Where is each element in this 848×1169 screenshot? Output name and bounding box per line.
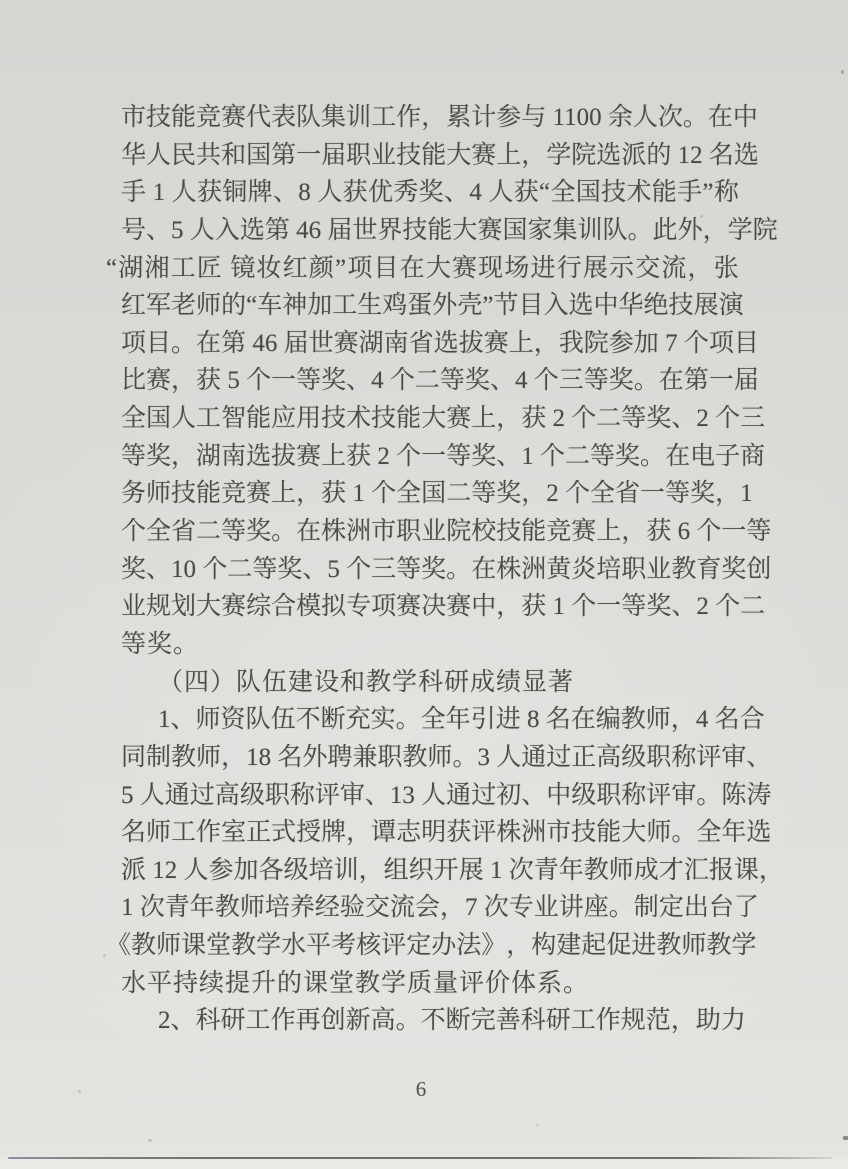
scan-speck	[103, 954, 106, 957]
text-line: 华人民共和国第一届职业技能大赛上，学院选派的 12 名选	[121, 137, 739, 175]
text-line: 红军老师的“车神加工生鸡蛋外壳”节目入选中华绝技展演	[121, 287, 739, 325]
page-number: 6	[0, 1074, 842, 1104]
text-line: 个全省二等奖。在株洲市职业院校技能竞赛上，获 6 个一等	[121, 513, 739, 551]
text-line: 等奖。	[121, 626, 739, 664]
scan-speck	[148, 1139, 152, 1142]
text-line: 全国人工智能应用技术技能大赛上，获 2 个二等奖、2 个三	[121, 400, 739, 438]
text-line: 比赛，获 5 个一等奖、4 个二等奖、4 个三等奖。在第一届	[121, 362, 739, 400]
text-line: 5 人通过高级职称评审、13 人通过初、中级职称评审。陈涛	[121, 777, 739, 815]
scan-speck	[536, 1124, 539, 1127]
text-line: 《教师课堂教学水平考核评定办法》，构建起促进教师教学	[106, 927, 739, 965]
body-text: 市技能竞赛代表队集训工作，累计参与 1100 余人次。在中 华人民共和国第一届职…	[121, 99, 739, 1040]
text-line: 手 1 人获铜牌、8 人获优秀奖、4 人获“全国技术能手”称	[121, 174, 739, 212]
scan-speck	[702, 292, 705, 295]
scan-speck	[78, 1090, 81, 1093]
scan-below-edge-strip	[0, 1159, 848, 1169]
scan-speck	[841, 70, 844, 74]
text-line: 市技能竞赛代表队集训工作，累计参与 1100 余人次。在中	[121, 99, 739, 137]
scan-speck	[700, 215, 703, 218]
text-line: “湖湘工匠 镜妆红颜”项目在大赛现场进行展示交流，张	[106, 250, 739, 288]
scan-speck	[843, 1136, 848, 1140]
text-line: 2、科研工作再创新高。不断完善科研工作规范，助力	[121, 1002, 739, 1040]
text-line: 同制教师，18 名外聘兼职教师。3 人通过正高级职称评审、	[121, 739, 739, 777]
text-line: 水平持续提升的课堂教学质量评价体系。	[121, 965, 739, 1003]
text-line: 1 次青年教师培养经验交流会，7 次专业讲座。制定出台了	[121, 889, 739, 927]
text-line: 1、师资队伍不断充实。全年引进 8 名在编教师，4 名合	[121, 701, 739, 739]
text-line: 名师工作室正式授牌，谭志明获评株洲市技能大师。全年选	[121, 814, 739, 852]
text-line: 项目。在第 46 届世赛湖南省选拔赛上，我院参加 7 个项目	[121, 325, 739, 363]
text-line: 号、5 人入选第 46 届世界技能大赛国家集训队。此外，学院	[121, 212, 739, 250]
text-line: 奖、10 个二等奖、5 个三等奖。在株洲黄炎培职业教育奖创	[121, 551, 739, 589]
text-line: 务师技能竞赛上，获 1 个全国二等奖，2 个全省一等奖，1	[121, 475, 739, 513]
text-line: 等奖，湖南选拔赛上获 2 个一等奖、1 个二等奖。在电子商	[121, 438, 739, 476]
text-line: 业规划大赛综合模拟专项赛决赛中，获 1 个一等奖、2 个二	[121, 588, 739, 626]
scanned-document-page: 市技能竞赛代表队集训工作，累计参与 1100 余人次。在中 华人民共和国第一届职…	[0, 0, 848, 1169]
section-heading: （四）队伍建设和教学科研成绩显著	[121, 664, 739, 702]
text-line: 派 12 人参加各级培训，组织开展 1 次青年教师成才汇报课，	[121, 852, 739, 890]
